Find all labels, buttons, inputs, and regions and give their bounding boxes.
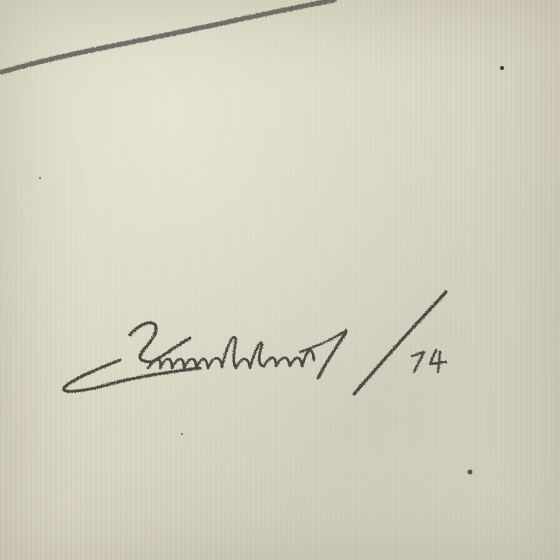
speck — [468, 470, 473, 475]
top-pencil-stroke — [2, 0, 335, 72]
signature — [64, 292, 446, 394]
speck — [500, 66, 504, 70]
speck — [181, 433, 183, 435]
speck — [39, 177, 41, 179]
paper-background: Lienckaert '74 — [0, 0, 560, 560]
pencil-marks — [0, 0, 560, 560]
